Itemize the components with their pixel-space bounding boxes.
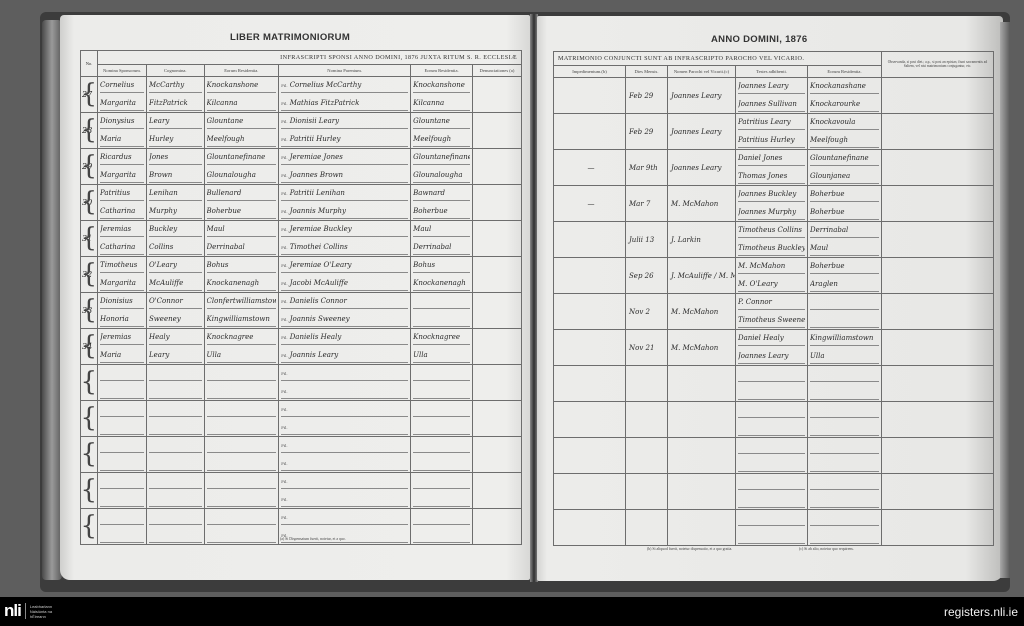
witness-line: Patritius Leary <box>738 115 805 130</box>
parent-name-value: Mathias FitzPatrick <box>290 99 360 107</box>
entry-number: { <box>81 509 98 545</box>
testes-cell: Daniel JonesThomas Jones <box>736 150 808 186</box>
given-name-line: Honoria <box>100 312 144 327</box>
parochus-cell: M. McMahon <box>668 186 736 222</box>
surname-line: O'Connor <box>149 294 202 309</box>
surname-line: Hurley <box>149 132 202 147</box>
given-name-value: Jeremias <box>100 225 131 233</box>
parent-residence-line <box>413 366 470 381</box>
witness-line <box>738 457 805 472</box>
residence-line <box>207 474 277 489</box>
given-name-value: Catharina <box>100 207 135 215</box>
parent-residence-line: Meelfough <box>413 132 470 147</box>
parent-residence-value: Knockanenagh <box>413 279 466 287</box>
parent-name-line: Fil.Jeremiae Jones <box>281 150 408 165</box>
residence-value: Maul <box>207 225 225 233</box>
nomina-cell: DionisiusHonoria <box>98 293 147 329</box>
surname-value: O'Leary <box>149 261 177 269</box>
parentum-cell: Fil.Dionisii LearyFil.Patritii Hurley <box>279 113 411 149</box>
parochus-cell: Joannes Leary <box>668 150 736 186</box>
parent-name-line: Fil. <box>281 366 408 381</box>
denunciationes-cell <box>472 257 521 293</box>
witness-residence-line <box>810 403 879 418</box>
surname-line <box>149 510 202 525</box>
witness-value: M. McMahon <box>738 262 785 270</box>
testes-residentia-cell <box>808 402 882 438</box>
table-row: 31{JeremiasCatharinaBuckleyCollinsMaulDe… <box>81 221 522 257</box>
nomina-cell: RicardusMargarita <box>98 149 147 185</box>
parochus-cell: M. McMahon <box>668 330 736 366</box>
witness-residence-line <box>810 457 879 472</box>
brace-icon: { <box>80 188 97 216</box>
denunciationes-cell <box>472 329 521 365</box>
surname-value: Collins <box>149 243 173 251</box>
surname-value: Jones <box>149 153 168 161</box>
testes-cell <box>736 366 808 402</box>
parents-residentia-cell <box>411 293 473 329</box>
brace-icon: { <box>80 512 97 540</box>
header-observanda: Observanda, si post diet.; a.p., si post… <box>882 52 994 78</box>
witness-line <box>738 385 805 400</box>
entry-number: { <box>81 437 98 473</box>
surname-line: McAuliffe <box>149 276 202 291</box>
given-name-value: Catharina <box>100 243 135 251</box>
table-row: —Mar 7M. McMahonJoannes BuckleyJoannes M… <box>554 186 994 222</box>
parent-name-line: Fil.Mathias FitzPatrick <box>281 96 408 111</box>
witness-residence-line: Glountanefinane <box>810 151 879 166</box>
testes-residentia-cell: DerrinabalMaul <box>808 222 882 258</box>
surname-line <box>149 438 202 453</box>
parent-name-value: Joannis Leary <box>290 351 339 359</box>
nomina-cell: JeremiasCatharina <box>98 221 147 257</box>
marriage-register-table-right: MATRIMONIO CONJUNCTI SUNT AB INFRASCRIPT… <box>553 51 994 546</box>
parent-residence-line <box>413 492 470 507</box>
surname-line <box>149 528 202 543</box>
denunciationes-cell <box>472 77 521 113</box>
cognomina-cell <box>147 365 205 401</box>
parent-prefix: Fil. <box>281 191 288 196</box>
header-band: INFRASCRIPTI SPONSI ANNO DOMINI, 1876 JU… <box>98 51 522 65</box>
given-name-line: Margarita <box>100 276 144 291</box>
observanda-cell <box>882 186 994 222</box>
witness-line: Timotheus Buckley <box>738 241 805 256</box>
given-name-value: Dionysius <box>100 117 134 125</box>
given-name-line <box>100 366 144 381</box>
dies-cell <box>626 438 668 474</box>
given-name-line <box>100 456 144 471</box>
surname-value: McCarthy <box>149 81 184 89</box>
parent-name-value: Joannis Murphy <box>290 207 346 215</box>
testes-cell: Joannes LearyJoannes Sullivan <box>736 78 808 114</box>
impedimentum-cell <box>554 330 626 366</box>
parentum-cell: Fil.Fil. <box>279 401 411 437</box>
parent-residence-line: Kilcanna <box>413 96 470 111</box>
parent-name-value: Jacobi McAuliffe <box>290 279 348 287</box>
parent-residence-line: Glountanefinane <box>413 150 470 165</box>
residence-value: Kilcanna <box>207 99 238 107</box>
header-band-right: MATRIMONIO CONJUNCTI SUNT AB INFRASCRIPT… <box>554 52 882 66</box>
given-name-line: Maria <box>100 132 144 147</box>
surname-line <box>149 456 202 471</box>
table-row: —Mar 9thJoannes LearyDaniel JonesThomas … <box>554 150 994 186</box>
cognomina-cell: BuckleyCollins <box>147 221 205 257</box>
table-row: {Fil.Fil. <box>81 473 522 509</box>
nomina-cell: DionysiusMaria <box>98 113 147 149</box>
parent-residence-line <box>413 510 470 525</box>
testes-cell: Timotheus CollinsTimotheus Buckley <box>736 222 808 258</box>
witness-line: Timotheus Sweeney <box>738 313 805 328</box>
given-name-value: Patritius <box>100 189 130 197</box>
parent-residence-value: Boherbue <box>413 207 448 215</box>
witness-value: Joannes Leary <box>738 352 788 360</box>
parent-residence-line: Maul <box>413 222 470 237</box>
witness-line <box>738 403 805 418</box>
given-name-value: Honoria <box>100 315 129 323</box>
brace-icon: { <box>80 296 97 324</box>
parents-residentia-cell <box>411 437 473 473</box>
parent-name-value: Timothei Collins <box>290 243 348 251</box>
parent-prefix: Fil. <box>281 245 288 250</box>
parent-residence-line <box>413 294 470 309</box>
residentia-cell: ClonfertwilliamstownKingwilliamstown <box>204 293 279 329</box>
testes-residentia-cell: KingwilliamstownUlla <box>808 330 882 366</box>
brace-icon: { <box>80 116 97 144</box>
witness-line: Thomas Jones <box>738 169 805 184</box>
given-name-line: Jeremias <box>100 330 144 345</box>
residence-value: Derrinabal <box>207 243 245 251</box>
witness-residence-line <box>810 439 879 454</box>
parochus-cell <box>668 510 736 546</box>
given-name-line <box>100 420 144 435</box>
parent-residence-value: Glountanefinane <box>413 153 470 161</box>
dies-cell: Mar 9th <box>626 150 668 186</box>
parent-name-line: Fil.Timothei Collins <box>281 240 408 255</box>
witness-value: Timotheus Collins <box>738 226 802 234</box>
footer-bar: nli Leabharlann Náisiúnta na hÉireann re… <box>0 597 1024 626</box>
residence-line: Maul <box>207 222 277 237</box>
entry-number: 28{ <box>81 113 98 149</box>
parentum-cell: Fil.Danielis HealyFil.Joannis Leary <box>279 329 411 365</box>
witness-residence-line <box>810 367 879 382</box>
parent-residence-line: Bawnard <box>413 186 470 201</box>
surname-line: Lenihan <box>149 186 202 201</box>
entry-number: 33{ <box>81 293 98 329</box>
witness-residence-line <box>810 493 879 508</box>
parent-prefix: Fil. <box>281 425 288 430</box>
residence-line: Derrinabal <box>207 240 277 255</box>
witness-residence-line: Glounjanea <box>810 169 879 184</box>
given-name-value: Margarita <box>100 279 136 287</box>
parent-residence-line: Glountane <box>413 114 470 129</box>
parent-name-line: Fil.Jeremiae O'Leary <box>281 258 408 273</box>
witness-residence-line <box>810 421 879 436</box>
residence-line: Knockanenagh <box>207 276 277 291</box>
residence-value: Knocknagree <box>207 333 254 341</box>
parent-prefix: Fil. <box>281 407 288 412</box>
nomina-cell: TimotheusMargarita <box>98 257 147 293</box>
witness-residence-line <box>810 313 879 328</box>
given-name-line: Patritius <box>100 186 144 201</box>
residence-line: Bullenard <box>207 186 277 201</box>
parents-residentia-cell: BawnardBoherbue <box>411 185 473 221</box>
residence-line: Bohus <box>207 258 277 273</box>
entry-number: 34{ <box>81 329 98 365</box>
given-name-value: Timotheus <box>100 261 137 269</box>
given-name-line <box>100 402 144 417</box>
surname-value: Buckley <box>149 225 177 233</box>
residence-value: Ulla <box>207 351 222 359</box>
parent-prefix: Fil. <box>281 389 288 394</box>
dies-cell: Feb 29 <box>626 78 668 114</box>
residence-value: Clonfertwilliamstown <box>207 297 277 305</box>
impedimentum-cell <box>554 258 626 294</box>
header-parochus: Nomen Parochi vel Vicarii.(c) <box>668 66 736 78</box>
parent-name-line: Fil. <box>281 492 408 507</box>
surname-line: Murphy <box>149 204 202 219</box>
parent-prefix: Fil. <box>281 497 288 502</box>
parent-residence-value: Kilcanna <box>413 99 444 107</box>
witness-residence-value: Meelfough <box>810 136 848 144</box>
given-name-line: Catharina <box>100 240 144 255</box>
parent-name-line: Fil.Danielis Healy <box>281 330 408 345</box>
parent-prefix: Fil. <box>281 263 288 268</box>
witness-residence-value: Ulla <box>810 352 825 360</box>
parentum-cell: Fil.Fil. <box>279 473 411 509</box>
witness-residence-value: Knockavoula <box>810 118 855 126</box>
parent-residence-value: Knockanshone <box>413 81 465 89</box>
given-name-value: Margarita <box>100 99 136 107</box>
entry-number: { <box>81 401 98 437</box>
given-name-line <box>100 438 144 453</box>
parent-name-line: Fil.Patritii Hurley <box>281 132 408 147</box>
image-viewer[interactable]: LIBER MATRIMONIORUM No. INFRASCRIPTI SPO… <box>0 0 1024 597</box>
parent-prefix: Fil. <box>281 317 288 322</box>
parent-residence-value: Glounalougha <box>413 171 462 179</box>
witness-residence-line: Boherbue <box>810 187 879 202</box>
parents-residentia-cell: KnockanshoneKilcanna <box>411 77 473 113</box>
parentum-cell: Fil.Jeremiae JonesFil.Joannes Brown <box>279 149 411 185</box>
denunciationes-cell <box>472 365 521 401</box>
nomina-cell: CorneliusMargarita <box>98 77 147 113</box>
parentum-cell: Fil.Fil. <box>279 437 411 473</box>
parent-residence-line: Glounalougha <box>413 168 470 183</box>
witness-line <box>738 475 805 490</box>
parochus-cell: Joannes Leary <box>668 114 736 150</box>
parent-name-value: Cornelius McCarthy <box>290 81 362 89</box>
given-name-line: Dionysius <box>100 114 144 129</box>
witness-residence-line: Araglen <box>810 277 879 292</box>
entry-number: { <box>81 365 98 401</box>
given-name-line: Dionisius <box>100 294 144 309</box>
testes-cell <box>736 438 808 474</box>
dies-cell <box>626 402 668 438</box>
witness-residence-line <box>810 529 879 544</box>
cognomina-cell: McCarthyFitzPatrick <box>147 77 205 113</box>
parent-name-value: Joannes Brown <box>290 171 343 179</box>
impedimentum-cell <box>554 78 626 114</box>
parent-residence-line <box>413 384 470 399</box>
left-page-title: LIBER MATRIMONIORUM <box>230 32 350 43</box>
given-name-value: Maria <box>100 351 121 359</box>
given-name-line: Timotheus <box>100 258 144 273</box>
residence-line: Knockanshone <box>207 78 277 93</box>
book-edge-left <box>42 20 62 580</box>
witness-value: Timotheus Buckley <box>738 244 805 252</box>
parent-prefix: Fil. <box>281 209 288 214</box>
parent-residence-value: Ulla <box>413 351 428 359</box>
dies-cell: Sep 26 <box>626 258 668 294</box>
witness-residence-value: Araglen <box>810 280 838 288</box>
parent-name-line: Fil.Jacobi McAuliffe <box>281 276 408 291</box>
witness-residence-line <box>810 475 879 490</box>
cognomina-cell: HealyLeary <box>147 329 205 365</box>
parent-name-line: Fil.Joannes Brown <box>281 168 408 183</box>
table-row: {Fil.Fil. <box>81 365 522 401</box>
table-row: Feb 29Joannes LearyJoannes LearyJoannes … <box>554 78 994 114</box>
parochus-cell <box>668 438 736 474</box>
surname-value: Brown <box>149 171 172 179</box>
nomina-cell <box>98 401 147 437</box>
residence-line: Knocknagree <box>207 330 277 345</box>
dies-cell: Nov 2 <box>626 294 668 330</box>
header-impedimentum: Impedimentum.(b) <box>554 66 626 78</box>
parent-name-value: Jeremiae Buckley <box>290 225 352 233</box>
testes-residentia-cell <box>808 438 882 474</box>
witness-line <box>738 421 805 436</box>
observanda-cell <box>882 114 994 150</box>
parent-residence-line <box>413 474 470 489</box>
surname-line: McCarthy <box>149 78 202 93</box>
parent-residence-value: Bohus <box>413 261 435 269</box>
logo-divider <box>25 603 26 619</box>
header-nomina: Nomina Sponsorum. <box>98 65 147 77</box>
residentia-cell: KnockanshoneKilcanna <box>204 77 279 113</box>
parent-name-value: Joannis Sweeney <box>290 315 350 323</box>
witness-residence-line <box>810 295 879 310</box>
parent-name-value: Jeremiae Jones <box>290 153 343 161</box>
witness-residence-value: Boherbue <box>810 262 845 270</box>
given-name-line <box>100 528 144 543</box>
book-edge-right <box>1000 22 1010 578</box>
given-name-value: Ricardus <box>100 153 132 161</box>
parent-name-line: Fil.Dionisii Leary <box>281 114 408 129</box>
given-name-line: Cornelius <box>100 78 144 93</box>
site-link[interactable]: registers.nli.ie <box>944 605 1018 619</box>
impedimentum-cell <box>554 114 626 150</box>
parent-residence-value: Knocknagree <box>413 333 460 341</box>
residence-line: Ulla <box>207 348 277 363</box>
table-row: 28{DionysiusMariaLearyHurleyGlountaneMee… <box>81 113 522 149</box>
given-name-line <box>100 510 144 525</box>
residence-line: Kilcanna <box>207 96 277 111</box>
cognomina-cell <box>147 437 205 473</box>
marriage-register-table-left: No. INFRASCRIPTI SPONSI ANNO DOMINI, 187… <box>80 50 522 545</box>
denunciationes-cell <box>472 149 521 185</box>
cognomina-cell <box>147 473 205 509</box>
parent-name-line: Fil.Patritii Lenihan <box>281 186 408 201</box>
parent-prefix: Fil. <box>281 119 288 124</box>
surname-value: Hurley <box>149 135 173 143</box>
observanda-cell <box>882 474 994 510</box>
parent-prefix: Fil. <box>281 371 288 376</box>
testes-cell <box>736 402 808 438</box>
witness-line: Timotheus Collins <box>738 223 805 238</box>
residence-value: Bullenard <box>207 189 242 197</box>
residentia-cell: GlountaneMeelfough <box>204 113 279 149</box>
testes-cell: Daniel HealyJoannes Leary <box>736 330 808 366</box>
residence-line <box>207 510 277 525</box>
table-row: Nov 2M. McMahonP. ConnorTimotheus Sweene… <box>554 294 994 330</box>
table-row: 33{DionisiusHonoriaO'ConnorSweeneyClonfe… <box>81 293 522 329</box>
witness-residence-value: Glountanefinane <box>810 154 869 162</box>
testes-residentia-cell <box>808 474 882 510</box>
impedimentum-cell <box>554 474 626 510</box>
residence-line: Clonfertwilliamstown <box>207 294 277 309</box>
denunciationes-cell <box>472 221 521 257</box>
dies-cell <box>626 474 668 510</box>
residence-value: Glountanefinane <box>207 153 266 161</box>
surname-line: Leary <box>149 348 202 363</box>
parents-residentia-cell <box>411 509 473 545</box>
nomina-cell <box>98 437 147 473</box>
header-dies: Dies Mensis. <box>626 66 668 78</box>
parents-residentia-cell <box>411 473 473 509</box>
given-name-value: Maria <box>100 135 121 143</box>
witness-value: Thomas Jones <box>738 172 787 180</box>
right-footnote-b: (b) Si aliquod fuerit, notetur dispensat… <box>647 547 732 551</box>
table-row <box>554 510 994 546</box>
parent-residence-line: Knockanenagh <box>413 276 470 291</box>
testes-cell: Joannes BuckleyJoannes Murphy <box>736 186 808 222</box>
cognomina-cell <box>147 509 205 545</box>
parent-residence-line <box>413 456 470 471</box>
nomina-cell: JeremiasMaria <box>98 329 147 365</box>
surname-line: Collins <box>149 240 202 255</box>
parent-residence-line: Knockanshone <box>413 78 470 93</box>
residentia-cell: MaulDerrinabal <box>204 221 279 257</box>
parent-residence-value: Maul <box>413 225 431 233</box>
entry-number: 27{ <box>81 77 98 113</box>
impedimentum-cell <box>554 510 626 546</box>
residentia-cell: KnocknagreeUlla <box>204 329 279 365</box>
parochus-cell: Joannes Leary <box>668 78 736 114</box>
parent-residence-line: Derrinabal <box>413 240 470 255</box>
observanda-cell <box>882 510 994 546</box>
witness-line <box>738 511 805 526</box>
surname-line: Buckley <box>149 222 202 237</box>
observanda-cell <box>882 150 994 186</box>
nomina-cell <box>98 473 147 509</box>
witness-line <box>738 367 805 382</box>
witness-line: Joannes Buckley <box>738 187 805 202</box>
given-name-line <box>100 492 144 507</box>
surname-value: FitzPatrick <box>149 99 188 107</box>
surname-line: Leary <box>149 114 202 129</box>
entry-number: { <box>81 473 98 509</box>
table-row: 27{CorneliusMargaritaMcCarthyFitzPatrick… <box>81 77 522 113</box>
residence-line <box>207 456 277 471</box>
parentum-cell: Fil.Cornelius McCarthyFil.Mathias FitzPa… <box>279 77 411 113</box>
parent-prefix: Fil. <box>281 335 288 340</box>
nli-logo[interactable]: nli Leabharlann Náisiúnta na hÉireann <box>4 602 60 620</box>
impedimentum-cell <box>554 402 626 438</box>
parent-residence-line: Knocknagree <box>413 330 470 345</box>
parochus-cell: J. Larkin <box>668 222 736 258</box>
surname-value: O'Connor <box>149 297 183 305</box>
left-footnote: (a) Si Dispensatum fuerit, notetur, et a… <box>280 537 346 541</box>
residence-line <box>207 528 277 543</box>
observanda-cell <box>882 258 994 294</box>
